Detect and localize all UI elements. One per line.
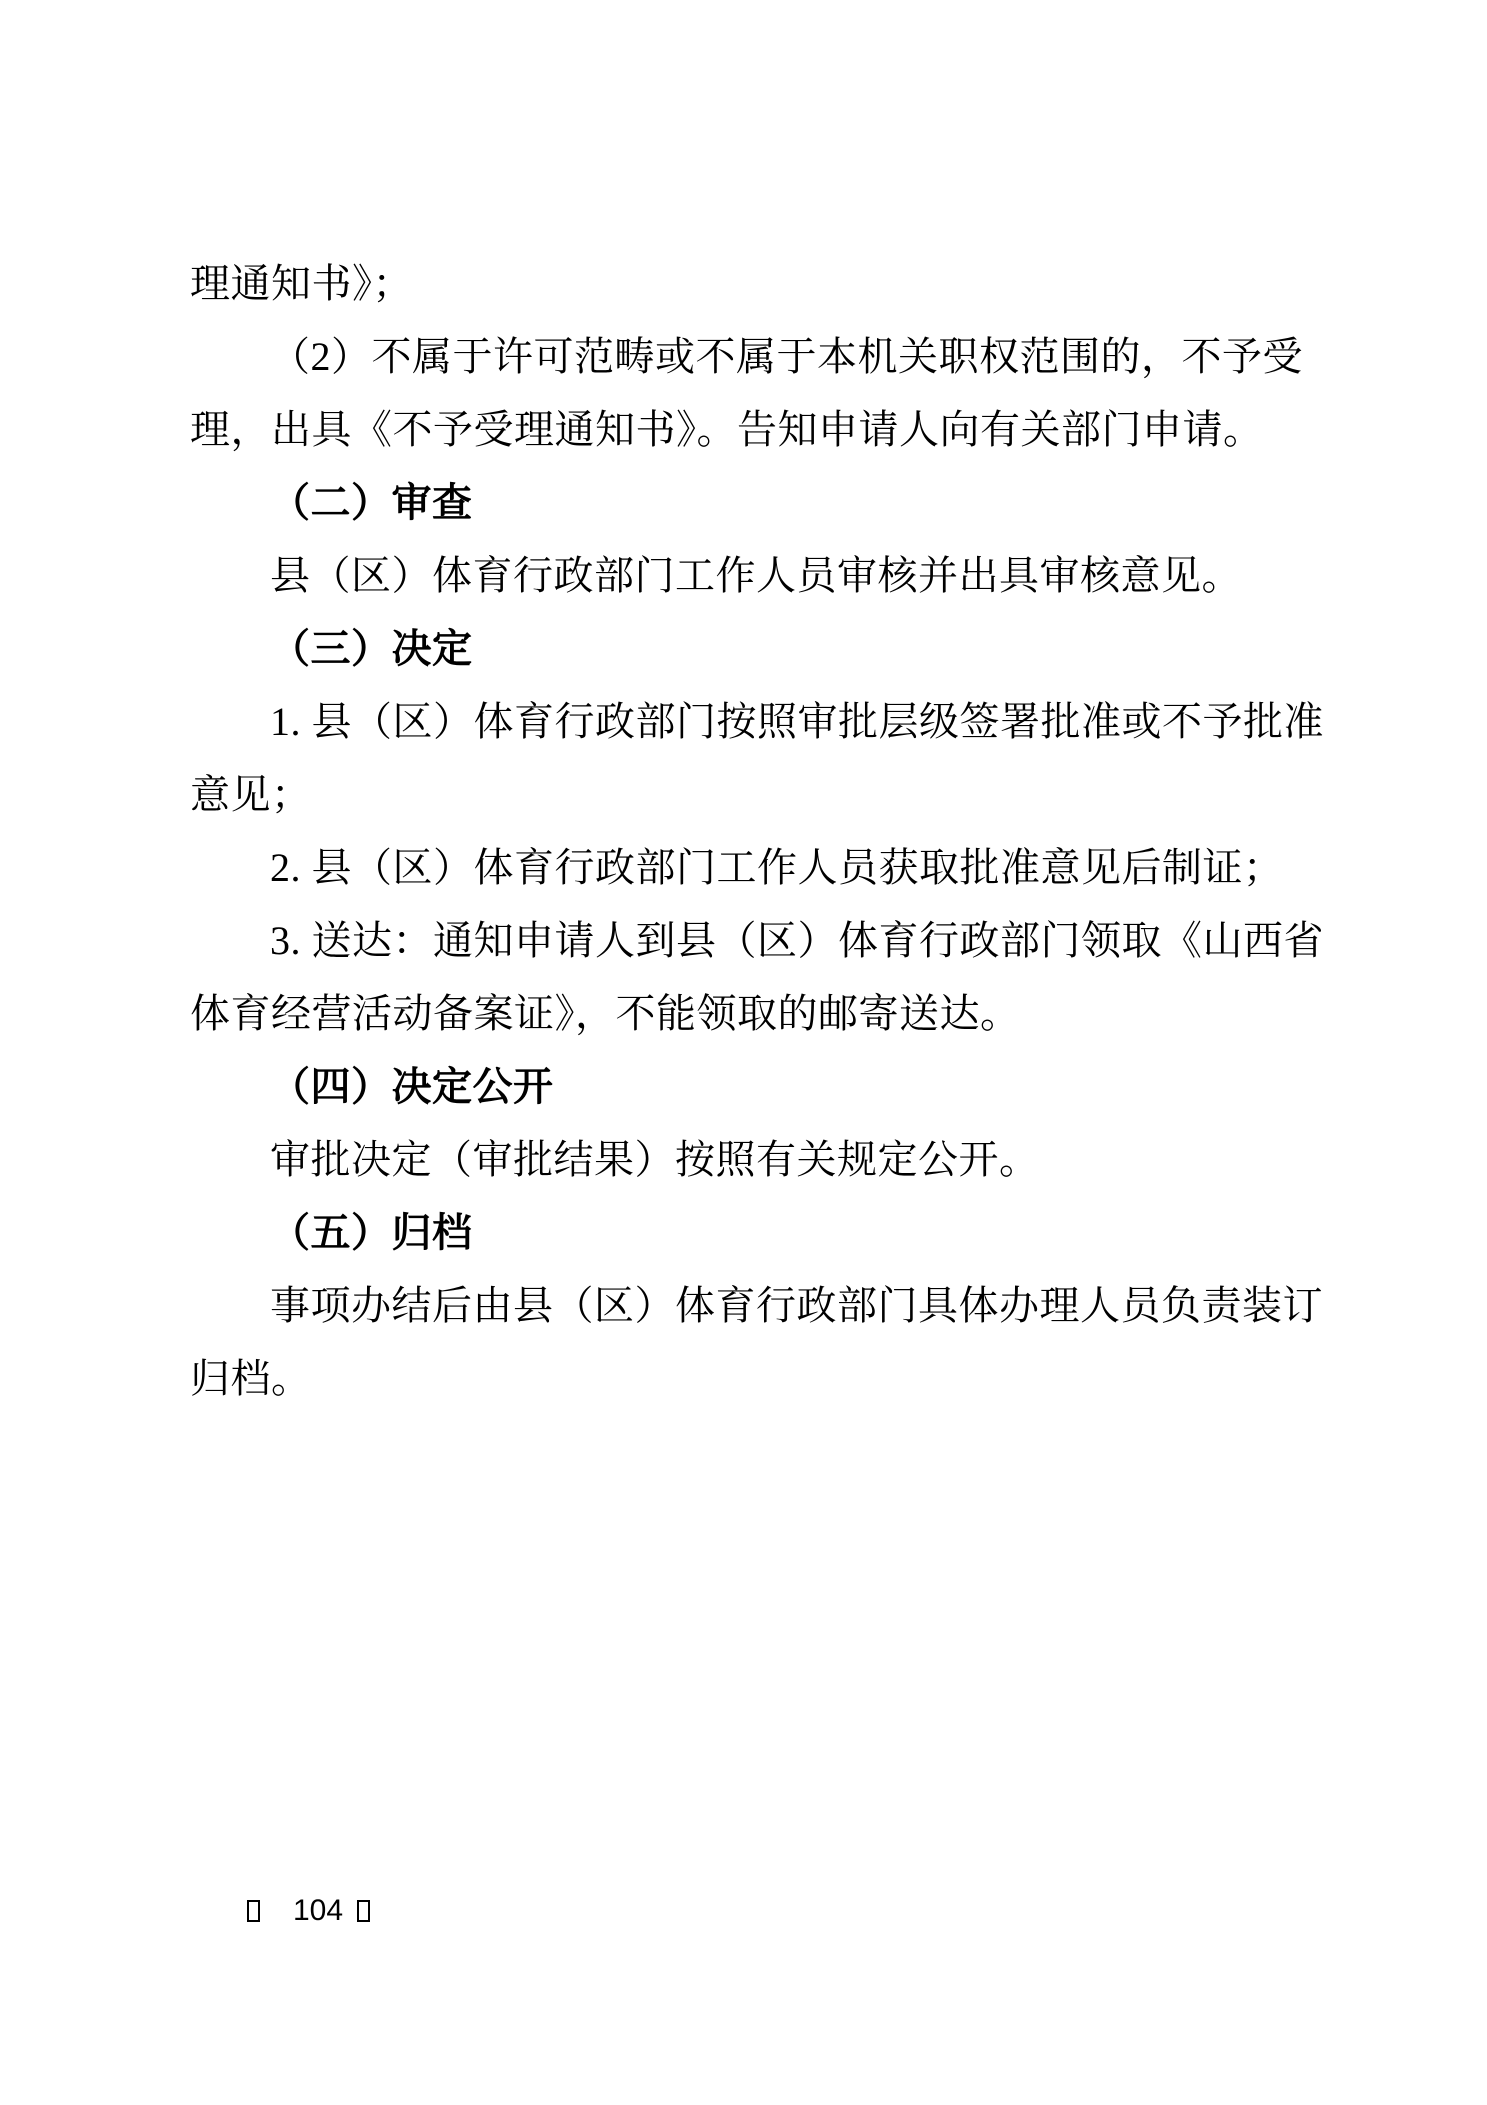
text-line: 体育经营活动备案证》，不能领取的邮寄送达。	[190, 977, 1300, 1050]
document-body: 理通知书》；（2）不属于许可范畴或不属于本机关职权范围的，不予受理，出具《不予受…	[190, 247, 1300, 1415]
text-line: 归档。	[190, 1342, 1300, 1415]
section-heading-line: （三）决定	[190, 612, 1300, 685]
text-line: （2）不属于许可范畴或不属于本机关职权范围的，不予受	[190, 320, 1300, 393]
text-line: 县（区）体育行政部门工作人员审核并出具审核意见。	[190, 539, 1300, 612]
document-page: 理通知书》；（2）不属于许可范畴或不属于本机关职权范围的，不予受理，出具《不予受…	[0, 0, 1487, 2105]
text-line: 3. 送达：通知申请人到县（区）体育行政部门领取《山西省	[190, 904, 1300, 977]
text-line: 审批决定（审批结果）按照有关规定公开。	[190, 1123, 1300, 1196]
text-line: 理通知书》；	[190, 247, 1300, 320]
text-line: 理，出具《不予受理通知书》。告知申请人向有关部门申请。	[190, 393, 1300, 466]
text-line: 事项办结后由县（区）体育行政部门具体办理人员负责装订	[190, 1269, 1300, 1342]
section-heading-line: （五）归档	[190, 1196, 1300, 1269]
text-line: 2. 县（区）体育行政部门工作人员获取批准意见后制证；	[190, 831, 1300, 904]
text-line: 意见；	[190, 758, 1300, 831]
section-heading-line: （四）决定公开	[190, 1050, 1300, 1123]
text-line: 1. 县（区）体育行政部门按照审批层级签署批准或不予批准	[190, 685, 1300, 758]
missing-glyph-box-icon	[247, 1900, 260, 1922]
page-footer: 104	[247, 1894, 370, 1928]
section-heading-line: （二）审查	[190, 466, 1300, 539]
missing-glyph-box-icon	[357, 1900, 370, 1922]
page-number: 104	[293, 1894, 343, 1928]
